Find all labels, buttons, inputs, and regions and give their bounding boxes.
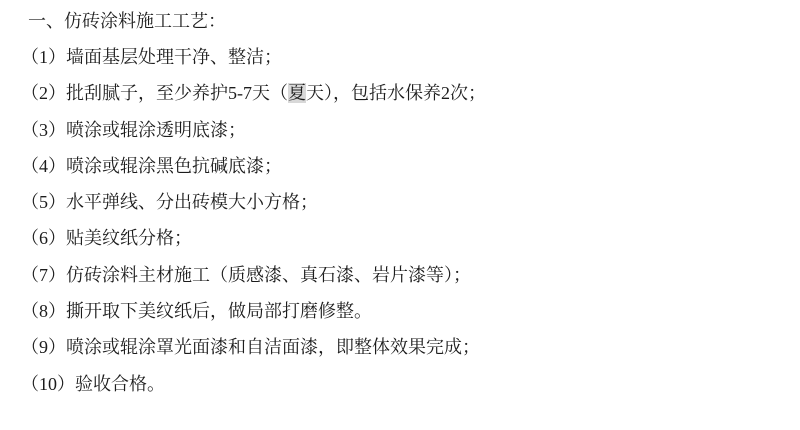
list-item-6: （6）贴美纹纸分格； bbox=[0, 220, 800, 256]
list-item-9: （9）喷涂或辊涂罩光面漆和自洁面漆，即整体效果完成； bbox=[0, 329, 800, 365]
list-item-8: （8）撕开取下美纹纸后，做局部打磨修整。 bbox=[0, 293, 800, 329]
item-text: （7）仿砖涂料主材施工（质感漆、真石漆、岩片漆等）； bbox=[21, 265, 471, 285]
item-text: （3）喷涂或辊涂透明底漆； bbox=[21, 120, 246, 140]
item-text: （4）喷涂或辊涂黑色抗碱底漆； bbox=[21, 156, 282, 176]
list-item-5: （5）水平弹线、分出砖模大小方格； bbox=[0, 184, 800, 220]
highlighted-text: 夏 bbox=[288, 83, 306, 103]
document-page: 一、仿砖涂料施工工艺： （1）墙面基层处理干净、整洁； （2）批刮腻子，至少养护… bbox=[0, 0, 800, 402]
list-item-1: （1）墙面基层处理干净、整洁； bbox=[0, 39, 800, 75]
item-text: （2）批刮腻子，至少养护5-7天（ bbox=[21, 83, 288, 103]
item-text: （9）喷涂或辊涂罩光面漆和自洁面漆，即整体效果完成； bbox=[21, 337, 480, 357]
item-text: （1）墙面基层处理干净、整洁； bbox=[21, 47, 282, 67]
list-item-4: （4）喷涂或辊涂黑色抗碱底漆； bbox=[0, 148, 800, 184]
item-text: （5）水平弹线、分出砖模大小方格； bbox=[21, 192, 318, 212]
document-title: 一、仿砖涂料施工工艺： bbox=[0, 3, 800, 39]
list-item-10: （10）验收合格。 bbox=[0, 366, 800, 402]
list-item-7: （7）仿砖涂料主材施工（质感漆、真石漆、岩片漆等）； bbox=[0, 257, 800, 293]
item-text: （10）验收合格。 bbox=[21, 374, 165, 394]
list-item-3: （3）喷涂或辊涂透明底漆； bbox=[0, 112, 800, 148]
list-item-2: （2）批刮腻子，至少养护5-7天（夏天），包括水保养2次； bbox=[0, 75, 800, 111]
item-text: （8）撕开取下美纹纸后，做局部打磨修整。 bbox=[21, 301, 372, 321]
item-text: （6）贴美纹纸分格； bbox=[21, 228, 192, 248]
item-text: 天），包括水保养2次； bbox=[306, 83, 486, 103]
